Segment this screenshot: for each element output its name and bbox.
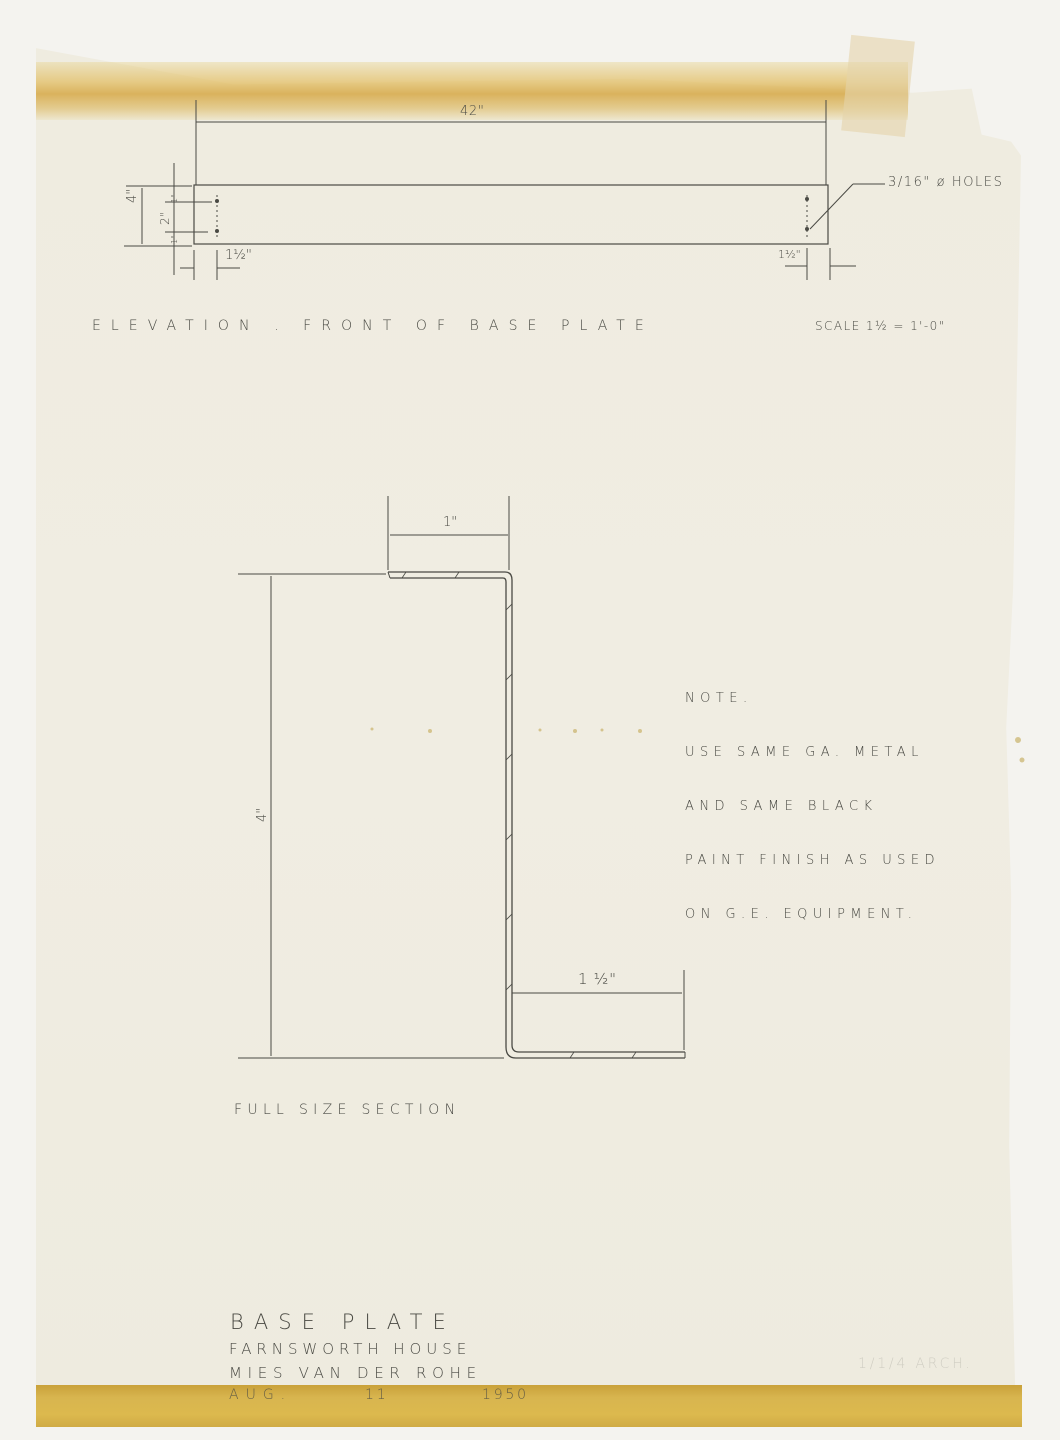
sheet-title: BASE PLATE [230,1310,456,1334]
elevation-caption: ELEVATION . FRONT OF BASE PLATE [92,318,654,334]
elevation-scale: SCALE 1½ = 1'-0" [815,319,946,333]
dim-section-top-flange: 1" [443,515,457,530]
masking-tape-bottom [36,1385,1022,1427]
note-line-3: PAINT FINISH AS USED [685,852,940,870]
dim-left-end-offset: 1½" [225,248,252,263]
date-year: 1950 [482,1387,529,1403]
dim-top-offset: 1" [170,194,179,203]
project-name: FARNSWORTH HOUSE [229,1340,471,1358]
dim-hole-spacing: 2" [158,212,172,225]
note-block: NOTE. USE SAME GA. METAL AND SAME BLACK … [685,654,940,942]
dim-overall-length: 42" [460,104,484,119]
note-line-1: USE SAME GA. METAL [685,744,940,762]
faint-pencil-mark: 1/1/4 ARCH. [858,1356,973,1372]
dim-right-end-offset: 1½" [778,248,801,261]
dim-plate-height: 4" [125,189,140,203]
date-month: AUG. [229,1387,292,1403]
note-heading: NOTE. [685,690,940,708]
date-day: 11 [365,1387,388,1403]
holes-callout: 3/16" ø HOLES [888,175,1003,190]
architect-name: MIES VAN DER ROHE [229,1364,482,1382]
dim-section-bottom-flange: 1 ½" [578,970,617,988]
elevation-plate-outline [194,185,828,244]
dim-bottom-offset: 1" [170,235,179,244]
section-caption: FULL SIZE SECTION [234,1102,460,1118]
dim-section-height: 4" [255,808,270,822]
note-line-4: ON G.E. EQUIPMENT. [685,906,940,924]
note-line-2: AND SAME BLACK [685,798,940,816]
